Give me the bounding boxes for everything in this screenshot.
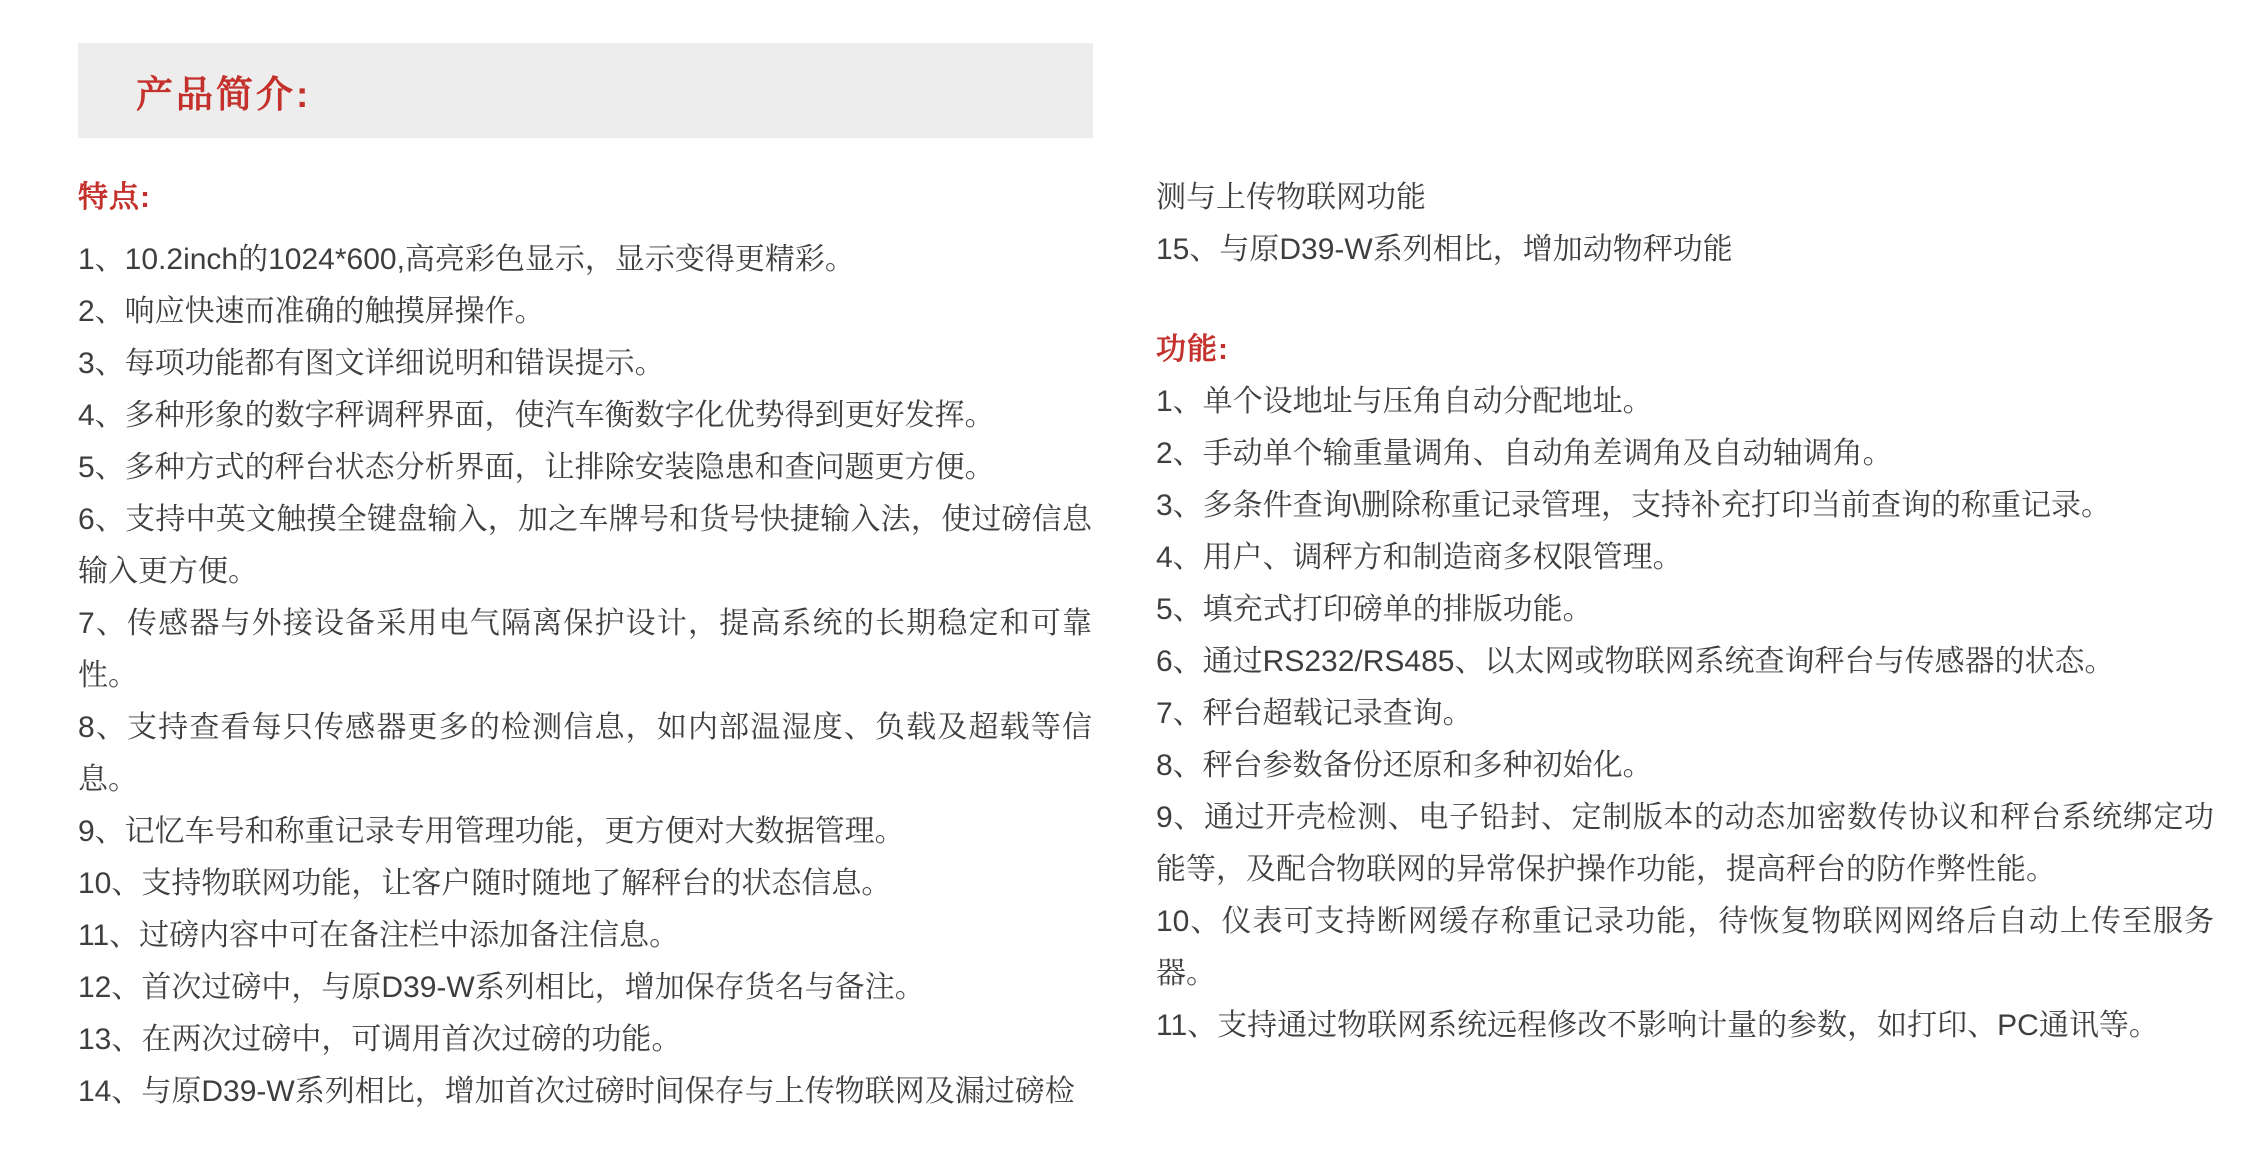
- function-item: 11、支持通过物联网系统远程修改不影响计量的参数，如打印、PC通讯等。: [1156, 1000, 2214, 1052]
- page-title: 产品简介:: [136, 64, 311, 118]
- function-item: 9、通过开壳检测、电子铅封、定制版本的动态加密数传协议和秤台系统绑定功能等，及配…: [1156, 792, 2214, 896]
- function-item: 4、用户、调秤方和制造商多权限管理。: [1156, 532, 2214, 584]
- feature-item: 6、支持中英文触摸全键盘输入，加之车牌号和货号快捷输入法，使过磅信息输入更方便。: [78, 494, 1092, 598]
- feature-item: 14、与原D39-W系列相比，增加首次过磅时间保存与上传物联网及漏过磅检: [78, 1066, 1092, 1118]
- function-item: 3、多条件查询\删除称重记录管理，支持补充打印当前查询的称重记录。: [1156, 480, 2214, 532]
- function-item: 8、秤台参数备份还原和多种初始化。: [1156, 740, 2214, 792]
- function-item: 5、填充式打印磅单的排版功能。: [1156, 584, 2214, 636]
- feature-item: 5、多种方式的秤台状态分析界面，让排除安装隐患和查问题更方便。: [78, 442, 1092, 494]
- feature-item: 13、在两次过磅中，可调用首次过磅的功能。: [78, 1014, 1092, 1066]
- function-item: 10、仪表可支持断网缓存称重记录功能，待恢复物联网网络后自动上传至服务器。: [1156, 896, 2214, 1000]
- feature-item: 10、支持物联网功能，让客户随时随地了解秤台的状态信息。: [78, 858, 1092, 910]
- feature-item: 15、与原D39-W系列相比，增加动物秤功能: [1156, 224, 2214, 276]
- feature-item: 1、10.2inch的1024*600,高亮彩色显示，显示变得更精彩。: [78, 234, 1092, 286]
- features-column: 特点: 1、10.2inch的1024*600,高亮彩色显示，显示变得更精彩。 …: [78, 172, 1092, 1118]
- feature-item: 3、每项功能都有图文详细说明和错误提示。: [78, 338, 1092, 390]
- feature-item: 2、响应快速而准确的触摸屏操作。: [78, 286, 1092, 338]
- functions-heading: 功能:: [1156, 324, 2214, 376]
- feature-item: 8、支持查看每只传感器更多的检测信息，如内部温湿度、负载及超载等信息。: [78, 702, 1092, 806]
- function-item: 1、单个设地址与压角自动分配地址。: [1156, 376, 2214, 428]
- feature-item: 9、记忆车号和称重记录专用管理功能，更方便对大数据管理。: [78, 806, 1092, 858]
- feature-item-14-continuation: 测与上传物联网功能: [1156, 172, 2214, 224]
- feature-item: 7、传感器与外接设备采用电气隔离保护设计，提高系统的长期稳定和可靠性。: [78, 598, 1092, 702]
- function-item: 2、手动单个输重量调角、自动角差调角及自动轴调角。: [1156, 428, 2214, 480]
- features-heading: 特点:: [78, 172, 1092, 224]
- feature-item: 4、多种形象的数字秤调秤界面，使汽车衡数字化优势得到更好发挥。: [78, 390, 1092, 442]
- function-item: 6、通过RS232/RS485、以太网或物联网系统查询秤台与传感器的状态。: [1156, 636, 2214, 688]
- feature-item: 11、过磅内容中可在备注栏中添加备注信息。: [78, 910, 1092, 962]
- functions-column: 测与上传物联网功能 15、与原D39-W系列相比，增加动物秤功能 功能: 1、单…: [1156, 172, 2214, 1052]
- function-item: 7、秤台超载记录查询。: [1156, 688, 2214, 740]
- feature-item: 12、首次过磅中，与原D39-W系列相比，增加保存货名与备注。: [78, 962, 1092, 1014]
- section-title-band: 产品简介:: [78, 43, 1093, 138]
